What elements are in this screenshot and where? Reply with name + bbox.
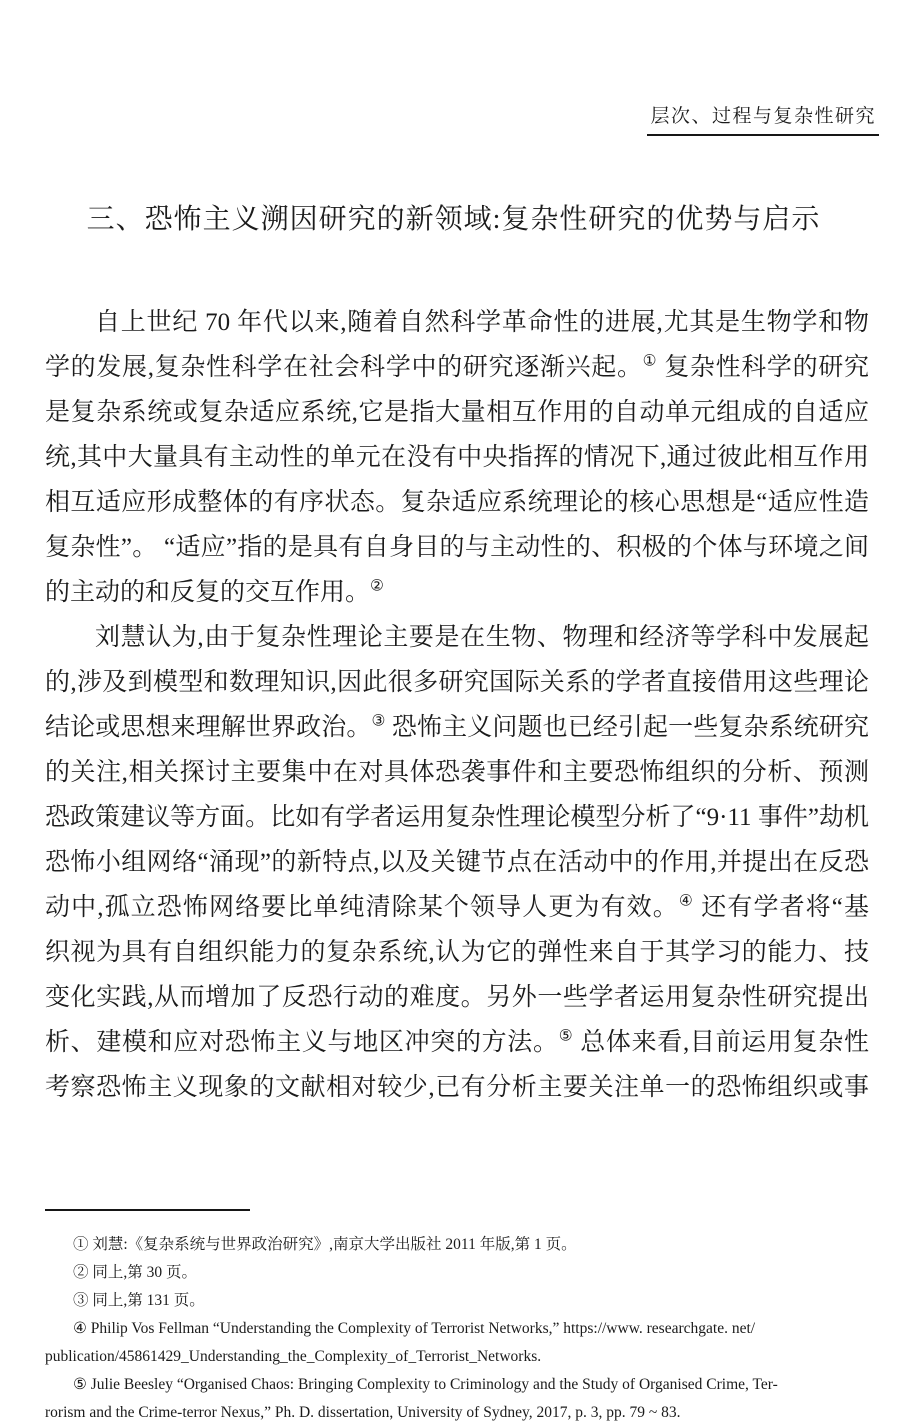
body-line: 刘慧认为,由于复杂性理论主要是在生物、物理和经济等学科中发展起来: [45, 615, 869, 660]
body-text: 自上世纪 70 年代以来,随着自然科学革命性的进展,尤其是生物学和物理 学的发展…: [45, 300, 869, 1110]
body-line: 的关注,相关探讨主要集中在对具体恐袭事件和主要恐怖组织的分析、预测及反: [45, 750, 869, 795]
document-page: 层次、过程与复杂性研究 三、恐怖主义溯因研究的新领域:复杂性研究的优势与启示 自…: [0, 0, 907, 1424]
body-line: 是复杂系统或复杂适应系统,它是指大量相互作用的自动单元组成的自适应系: [45, 390, 869, 435]
body-line: 的,涉及到模型和数理知识,因此很多研究国际关系的学者直接借用这些理论的: [45, 660, 869, 705]
body-line: 复杂性”。 “适应”指的是具有自身目的与主动性的、积极的个体与环境之间进行: [45, 525, 869, 570]
paragraph-2: 刘慧认为,由于复杂性理论主要是在生物、物理和经济等学科中发展起来 的,涉及到模型…: [45, 615, 869, 1110]
footnote-divider: [45, 1209, 250, 1211]
footnote-line: ① 刘慧:《复杂系统与世界政治研究》,南京大学出版社 2011 年版,第 1 页…: [45, 1231, 879, 1259]
page-title: 三、恐怖主义溯因研究的新领域:复杂性研究的优势与启示: [0, 197, 907, 237]
footnotes: ① 刘慧:《复杂系统与世界政治研究》,南京大学出版社 2011 年版,第 1 页…: [45, 1231, 879, 1424]
footnote-line: ⑤ Julie Beesley “Organised Chaos: Bringi…: [45, 1371, 879, 1399]
paragraph-1: 自上世纪 70 年代以来,随着自然科学革命性的进展,尤其是生物学和物理 学的发展…: [45, 300, 869, 615]
body-line: 相互适应形成整体的有序状态。复杂适应系统理论的核心思想是“适应性造就: [45, 480, 869, 525]
body-line: 结论或思想来理解世界政治。③ 恐怖主义问题也已经引起一些复杂系统研究者: [45, 705, 869, 750]
footnote-line: rorism and the Crime-terror Nexus,” Ph. …: [45, 1399, 879, 1424]
footnote-line: publication/45861429_Understanding_the_C…: [45, 1343, 879, 1371]
body-line: 变化实践,从而增加了反恐行动的难度。另外一些学者运用复杂性研究提出分: [45, 975, 869, 1020]
body-line: 的主动的和反复的交互作用。②: [45, 570, 869, 615]
running-header: 层次、过程与复杂性研究: [647, 101, 879, 136]
body-line: 学的发展,复杂性科学在社会科学中的研究逐渐兴起。① 复杂性科学的研究对象: [45, 345, 869, 390]
body-line: 恐政策建议等方面。比如有学者运用复杂性理论模型分析了“9·11 事件”劫机: [45, 795, 869, 840]
body-line: 统,其中大量具有主动性的单元在没有中央指挥的情况下,通过彼此相互作用和: [45, 435, 869, 480]
body-line: 织视为具有自组织能力的复杂系统,认为它的弹性来自于其学习的能力、技巧及: [45, 930, 869, 975]
body-line: 考察恐怖主义现象的文献相对较少,已有分析主要关注单一的恐怖组织或事件,: [45, 1065, 869, 1110]
body-line: 析、建模和应对恐怖主义与地区冲突的方法。⑤ 总体来看,目前运用复杂性研究: [45, 1020, 869, 1065]
footnote-line: ③ 同上,第 131 页。: [45, 1287, 879, 1315]
body-line: 自上世纪 70 年代以来,随着自然科学革命性的进展,尤其是生物学和物理: [45, 300, 869, 345]
footnote-line: ② 同上,第 30 页。: [45, 1259, 879, 1287]
body-line: 动中,孤立恐怖网络要比单纯清除某个领导人更为有效。④ 还有学者将“基地”组: [45, 885, 869, 930]
body-line: 恐怖小组网络“涌现”的新特点,以及关键节点在活动中的作用,并提出在反恐行: [45, 840, 869, 885]
footnote-line: ④ Philip Vos Fellman “Understanding the …: [45, 1315, 879, 1343]
